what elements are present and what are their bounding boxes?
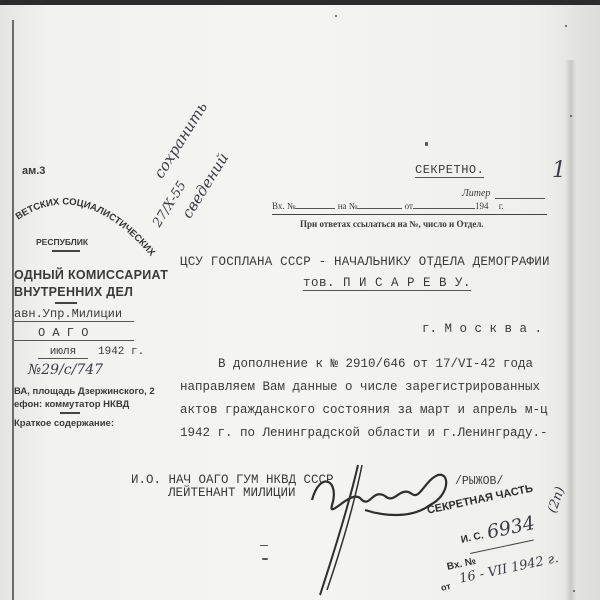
divider — [60, 412, 80, 414]
form-number: ам.3 — [22, 165, 45, 177]
divider — [272, 214, 547, 215]
incoming-number-label: Вх. № — [272, 201, 295, 211]
year-suffix: г. — [499, 201, 504, 211]
body-line2: направляем Вам данные о числе зарегистри… — [180, 380, 540, 394]
signatory-title-line2: ЛЕЙТЕНАНТ МИЛИЦИИ — [168, 486, 296, 500]
document-number: №29/с/747 — [28, 362, 103, 378]
liter-label: Литер — [462, 188, 490, 199]
divider — [55, 302, 77, 304]
classification-secret: СЕКРЕТНО. — [415, 163, 484, 178]
phone: ефон: коммутатор НКВД — [14, 399, 129, 410]
addressee-line1: ЦСУ ГОСПЛАНА СССР - НАЧАЛЬНИКУ ОТДЕЛА ДЕ… — [180, 255, 550, 269]
body-line3: актов гражданского состояния за март и а… — [180, 403, 548, 417]
stamp-date-prefix: от — [440, 581, 452, 593]
year-prefix: 194 — [475, 201, 489, 211]
scan-speck — [262, 558, 268, 560]
emblem-arc-text: ВЕТСКИХ СОЦИАЛИСТИЧЕСКИХ — [14, 180, 164, 270]
commissariat-line2: ВНУТРЕННИХ ДЕЛ — [14, 285, 133, 299]
scan-speck — [570, 115, 572, 117]
date-month: июля — [38, 346, 88, 359]
divider — [52, 250, 80, 252]
department: авн.Упр.Милиции — [14, 307, 134, 322]
scan-speck — [335, 15, 337, 17]
liter-field — [495, 198, 545, 199]
reference-line: Вх. № на № от194 г. — [272, 201, 504, 211]
reply-note: При ответах ссылаться на №, число и Отде… — [300, 219, 484, 229]
handwritten-signature — [300, 460, 460, 600]
republics-label: РЕСПУБЛИК — [36, 237, 88, 247]
page-number: 1 — [552, 158, 566, 183]
scan-speck — [565, 25, 567, 27]
scan-speck — [260, 545, 268, 546]
date-year: 1942 г. — [98, 346, 144, 358]
commissariat-line1: ОДНЫЙ КОМИССАРИАТ — [14, 268, 168, 282]
sub-department: О А Г О — [14, 326, 134, 341]
from-date-label: от — [405, 201, 413, 211]
summary-label: Краткое содержание: — [14, 418, 114, 429]
scan-speck — [425, 142, 428, 146]
right-fold-shadow — [565, 60, 577, 600]
scan-speck — [573, 590, 575, 592]
svg-text:ВЕТСКИХ СОЦИАЛИСТИЧЕСКИХ: ВЕТСКИХ СОЦИАЛИСТИЧЕСКИХ — [14, 196, 158, 259]
body-line1: В дополнение к № 2910/646 от 17/VI-42 го… — [218, 357, 533, 371]
city: г. М о с к в а . — [422, 322, 542, 336]
reply-to-number-label: на № — [338, 201, 358, 211]
body-line4: 1942 г. по Ленинградской области и г.Лен… — [180, 426, 548, 440]
addressee-line2: тов. П И С А Р Е В У. — [303, 276, 471, 291]
signatory-name: /РЫЖОВ/ — [455, 475, 503, 488]
address: ВА, площадь Дзержинского, 2 — [14, 386, 155, 397]
